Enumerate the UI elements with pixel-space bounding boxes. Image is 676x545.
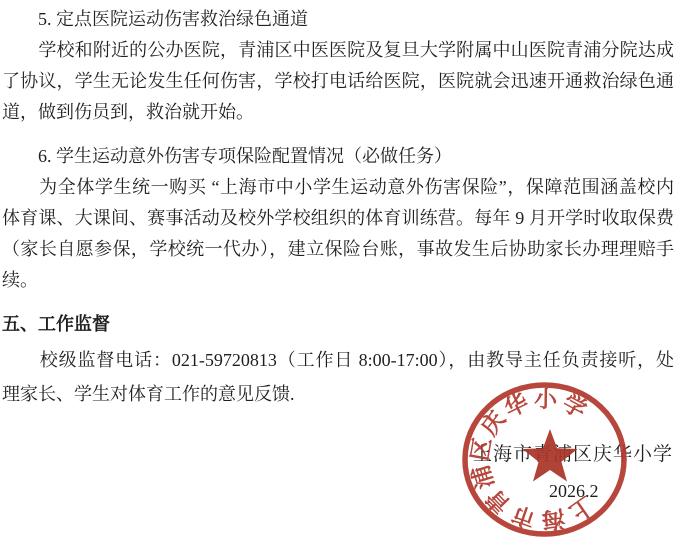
seal-arc-character: 海 <box>539 505 566 534</box>
text-line: 续。 <box>2 265 674 296</box>
item-5-body: 学校和附近的公办医院，青浦区中医医院及复旦大学附属中山医院青浦分院达成了协议，学… <box>2 35 674 128</box>
item-5-title: 5. 定点医院运动伤害救治绿色通道 <box>2 4 674 35</box>
text-line: 五、工作监督 <box>2 309 674 340</box>
text-line: 理家长、学生对体育工作的意见反馈. <box>2 377 674 411</box>
supervision-body: 校级监督电话：021-59720813（工作日 8:00-17:00），由教导主… <box>2 343 674 411</box>
section-heading-supervision: 五、工作监督 <box>2 309 674 340</box>
text-line: 体育课、大课间、赛事活动及校外学校组织的体育训练营。每年 9 月开学时收取保费 <box>2 203 674 234</box>
seal-arc-character: 浦 <box>468 462 499 491</box>
text-line: 了协议，学生无论发生任何伤害，学校打电话给医院，医院就会迅速开通救治绿色通 <box>2 66 674 97</box>
item-6-body: 为全体学生统一购买 “上海市中小学生运动意外伤害保险”，保障范围涵盖校内体育课、… <box>2 172 674 296</box>
text-line: （家长自愿参保，学校统一代办），建立保险台账，事故发生后协助家长办理理赔手 <box>2 234 674 265</box>
text-line: 校级监督电话：021-59720813（工作日 8:00-17:00），由教导主… <box>2 343 674 377</box>
document-body: 5. 定点医院运动伤害救治绿色通道 学校和附近的公办医院，青浦区中医医院及复旦大… <box>0 0 676 411</box>
seal-arc-character: 市 <box>509 501 539 532</box>
seal-arc-character: 青 <box>482 484 516 518</box>
item-6-title: 6. 学生运动意外伤害专项保险配置情况（必做任务） <box>2 141 674 172</box>
signature-date: 2026.2 <box>549 481 599 501</box>
text-line: 5. 定点医院运动伤害救治绿色通道 <box>2 4 674 35</box>
signature-school-name: 上海市青浦区庆华小学 <box>473 444 673 466</box>
text-line: 学校和附近的公办医院，青浦区中医医院及复旦大学附属中山医院青浦分院达成 <box>2 35 674 66</box>
text-line: 6. 学生运动意外伤害专项保险配置情况（必做任务） <box>2 141 674 172</box>
text-line: 为全体学生统一购买 “上海市中小学生运动意外伤害保险”，保障范围涵盖校内 <box>2 172 674 203</box>
text-line: 道，做到伤员到，救治就开始。 <box>2 97 674 128</box>
seal-arc-character: 庆 <box>476 406 511 440</box>
